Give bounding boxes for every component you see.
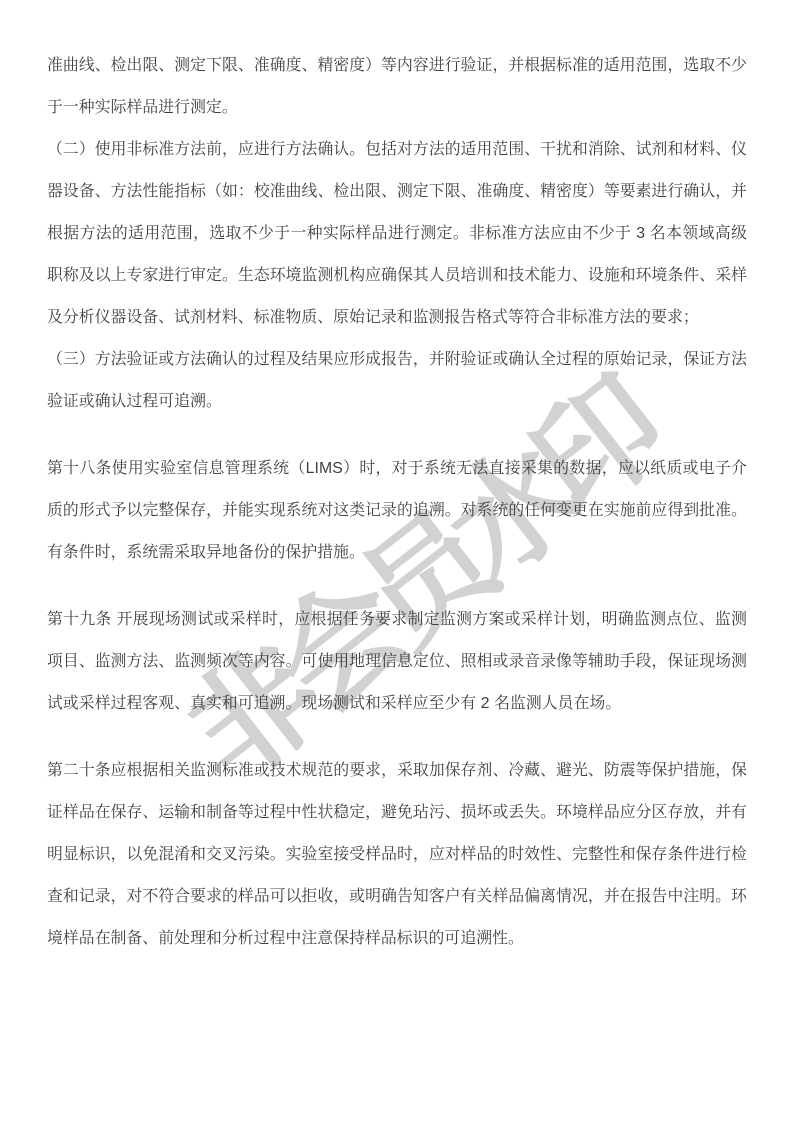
document-paragraph: 第十九条 开展现场测试或采样时，应根据任务要求制定监测方案或采样计划，明确监测点… [47,599,747,725]
document-paragraph: 准曲线、检出限、测定下限、准确度、精密度）等内容进行验证，并根据标准的适用范围，… [47,45,747,129]
document-paragraph: （三）方法验证或方法确认的过程及结果应形成报告，并附验证或确认全过程的原始记录，… [47,339,747,423]
document-paragraph: 第十八条使用实验室信息管理系统（LIMS）时，对于系统无法直接采集的数据，应以纸… [47,448,747,574]
document-paragraph: 第二十条应根据相关监测标准或技术规范的要求，采取加保存剂、冷藏、避光、防震等保护… [47,750,747,960]
document-paragraph: （二）使用非标准方法前，应进行方法确认。包括对方法的适用范围、干扰和消除、试剂和… [47,129,747,339]
document-page: 非会员水印 准曲线、检出限、测定下限、准确度、精密度）等内容进行验证，并根据标准… [0,0,793,1122]
document-body: 准曲线、检出限、测定下限、准确度、精密度）等内容进行验证，并根据标准的适用范围，… [47,45,747,960]
